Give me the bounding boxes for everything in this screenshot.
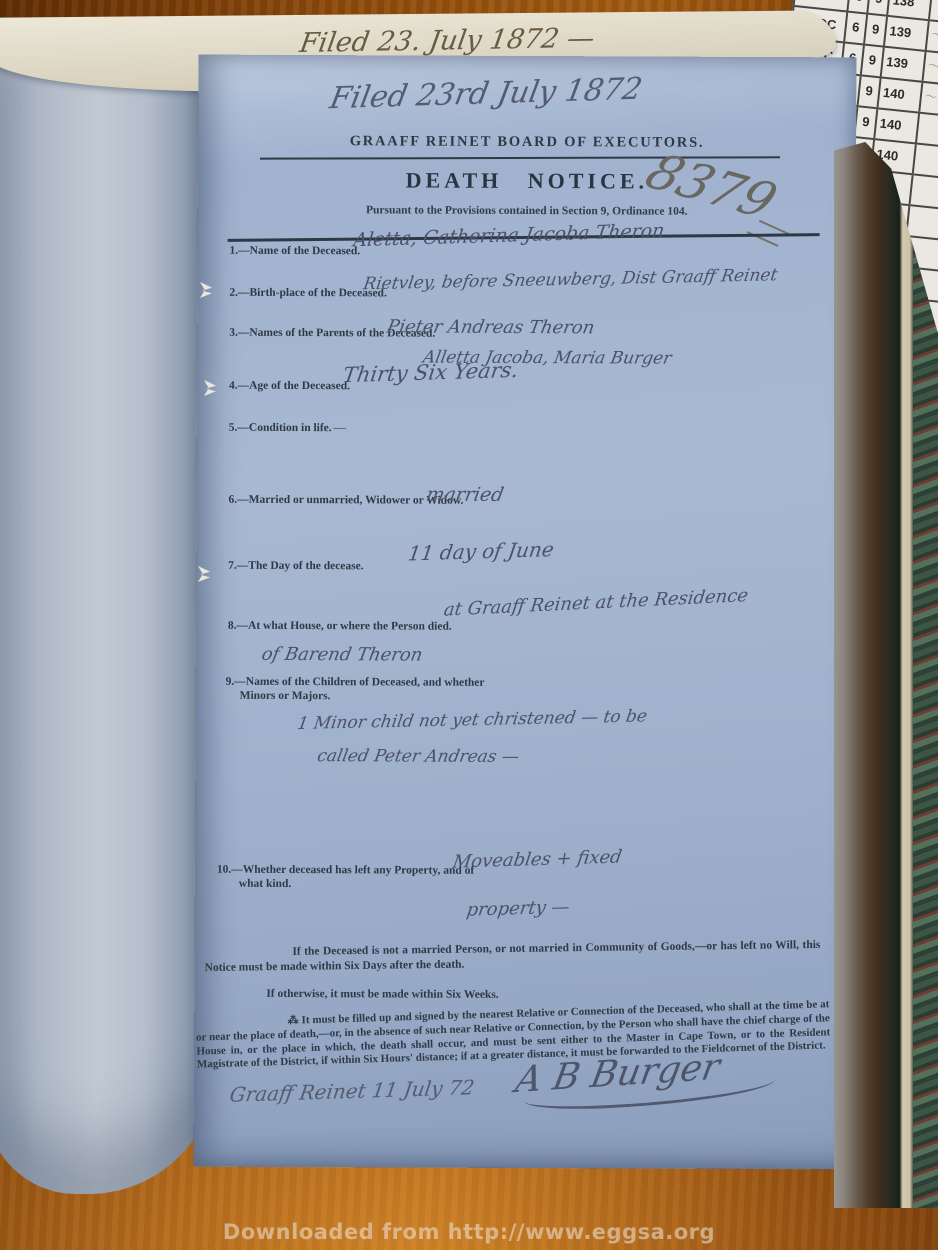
watermark-text: Downloaded from http://www.eggsa.org xyxy=(0,1220,938,1244)
field-5-answer: — xyxy=(333,420,347,436)
notice-paragraph-six-weeks: If otherwise, it must be made within Six… xyxy=(266,987,498,1003)
field-9-label-line2: Minors or Majors. xyxy=(240,690,331,702)
field-10-answer: Moveables + fixed xyxy=(451,846,623,872)
notice-paragraph-six-days: If the Deceased is not a married Person,… xyxy=(204,938,820,976)
field-1-answer: Aletta, Catherina Jacoba Theron xyxy=(352,220,666,252)
field-9-label: 9.—Names of the Children of Deceased, an… xyxy=(226,676,485,689)
card-number-cell: 139 xyxy=(885,17,930,50)
filed-annotation-inner: Filed 23rd July 1872 xyxy=(327,72,645,117)
book-fore-edge xyxy=(834,142,938,1208)
pencil-mark xyxy=(911,175,938,210)
pencil-mark: 〜 xyxy=(927,21,938,56)
place-and-date: Graaff Reinet 11 July 72 xyxy=(228,1075,476,1107)
filed-annotation-outer: Filed 23. July 1872 — xyxy=(298,23,597,59)
card-number-cell: 140 xyxy=(875,109,920,142)
card-number-cell: 138 xyxy=(888,0,933,19)
curled-left-page-stack xyxy=(0,22,218,1194)
field-8-answer: at Graaff Reinet at the Residence xyxy=(443,585,750,621)
field-9-answer-line2: called Peter Andreas — xyxy=(316,746,521,767)
pencil-mark xyxy=(907,206,938,241)
field-9-answer: 1 Minor child not yet christened — to be xyxy=(296,706,649,734)
field-4-answer: Thirty Six Years. xyxy=(341,358,520,387)
pencil-mark xyxy=(914,145,938,180)
field-5-label: 5.—Condition in life. xyxy=(229,422,332,434)
field-2-answer: Rietvley, before Sneeuwberg, Dist Graaff… xyxy=(362,265,779,294)
fine-print-instructions: ⁂ It must be filled up and signed by the… xyxy=(195,998,830,1073)
field-1-label: 1.—Name of the Deceased. xyxy=(230,245,361,258)
death-notice-page: Filed 23rd July 1872 GRAAFF REINET BOARD… xyxy=(194,55,857,1170)
field-10-label-line2: what kind. xyxy=(239,878,291,890)
card-number-cell: 139 xyxy=(882,48,927,81)
field-7-label: 7.—The Day of the decease. xyxy=(228,560,363,573)
organisation-heading: GRAAFF REINET BOARD OF EXECUTORS. xyxy=(198,133,856,153)
pencil-mark: 〜 xyxy=(924,52,938,87)
field-6-answer: married xyxy=(425,484,506,506)
pencil-mark: 〜 xyxy=(920,83,938,118)
field-10-label: 10.—Whether deceased has left any Proper… xyxy=(217,864,474,877)
pencil-mark xyxy=(917,114,938,149)
field-8-answer-line2: of Barend Theron xyxy=(260,644,424,666)
card-number-cell: 140 xyxy=(879,79,924,112)
field-3-answer: Pieter Andreas Theron xyxy=(385,316,596,338)
field-4-label: 4.—Age of the Deceased. xyxy=(229,380,350,393)
field-10-answer-line2: property — xyxy=(465,897,571,921)
archival-photograph: MOOC 6 9 138 MOOC 6 9 139 〜 MOOC 6 9 139… xyxy=(0,0,938,1250)
field-7-answer: 11 day of June xyxy=(407,537,556,566)
field-8-label: 8.—At what House, or where the Person di… xyxy=(228,620,452,633)
